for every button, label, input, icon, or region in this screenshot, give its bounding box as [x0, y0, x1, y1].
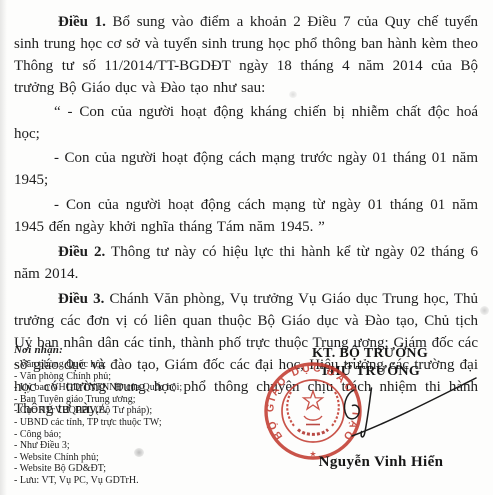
recipient-item: - Cục KTrVBQPPL (Bộ Tư pháp);	[14, 405, 249, 417]
svg-text:BỘ GIÁO DỤC: BỘ GIÁO DỤC	[264, 362, 324, 442]
recipient-item: - Văn phòng Chính phủ;	[14, 371, 249, 383]
recipients-block: Nơi nhận: - Văn phòng Quốc hội; - Văn ph…	[14, 344, 249, 487]
recipient-item: - Uỷ ban VHGD TNTNNĐ của Quốc hội;	[14, 382, 249, 394]
recipient-item: - Như Điều 3;	[14, 440, 249, 452]
seal-arc-text-left: BỘ GIÁO DỤC	[264, 362, 324, 442]
recipient-item: - Website Chính phủ;	[14, 452, 249, 464]
signer-name: Nguyễn Vinh Hiển	[296, 454, 466, 471]
article-1-label: Điều 1.	[58, 14, 106, 30]
article-1-paragraph: Điều 1. Bổ sung vào điểm a khoản 2 Điều …	[14, 11, 478, 99]
recipient-item: - Website Bộ GD&ĐT;	[14, 463, 249, 475]
article-3-label: Điều 3.	[58, 291, 104, 307]
scanned-circular-page: Điều 1. Bổ sung vào điểm a khoản 2 Điều …	[0, 0, 493, 495]
signature-loop	[345, 390, 360, 419]
recipient-item: - Công báo;	[14, 429, 249, 441]
recipient-item: - Văn phòng Quốc hội;	[14, 359, 249, 371]
recipient-item: - Ban Tuyên giáo Trung ương;	[14, 394, 249, 406]
article-2-label: Điều 2.	[58, 244, 105, 260]
signature-flourish-line	[352, 378, 476, 436]
quoted-line-3: - Con của người hoạt động cách mạng từ n…	[14, 194, 478, 238]
scan-artifact	[480, 306, 489, 315]
recipient-item: - UBND các tỉnh, TP trực thuộc TW;	[14, 417, 249, 429]
recipient-item: - Lưu: VT, Vụ PC, Vụ GDTrH.	[14, 475, 249, 487]
recipients-header: Nơi nhận:	[14, 344, 249, 356]
quoted-line-1: “ - Con của người hoạt động kháng chiến …	[14, 101, 478, 145]
article-2-paragraph: Điều 2. Thông tư này có hiệu lực thi hàn…	[14, 241, 478, 285]
quoted-line-2: - Con của người hoạt động cách mạng trướ…	[14, 147, 478, 191]
handwritten-signature	[328, 368, 488, 448]
